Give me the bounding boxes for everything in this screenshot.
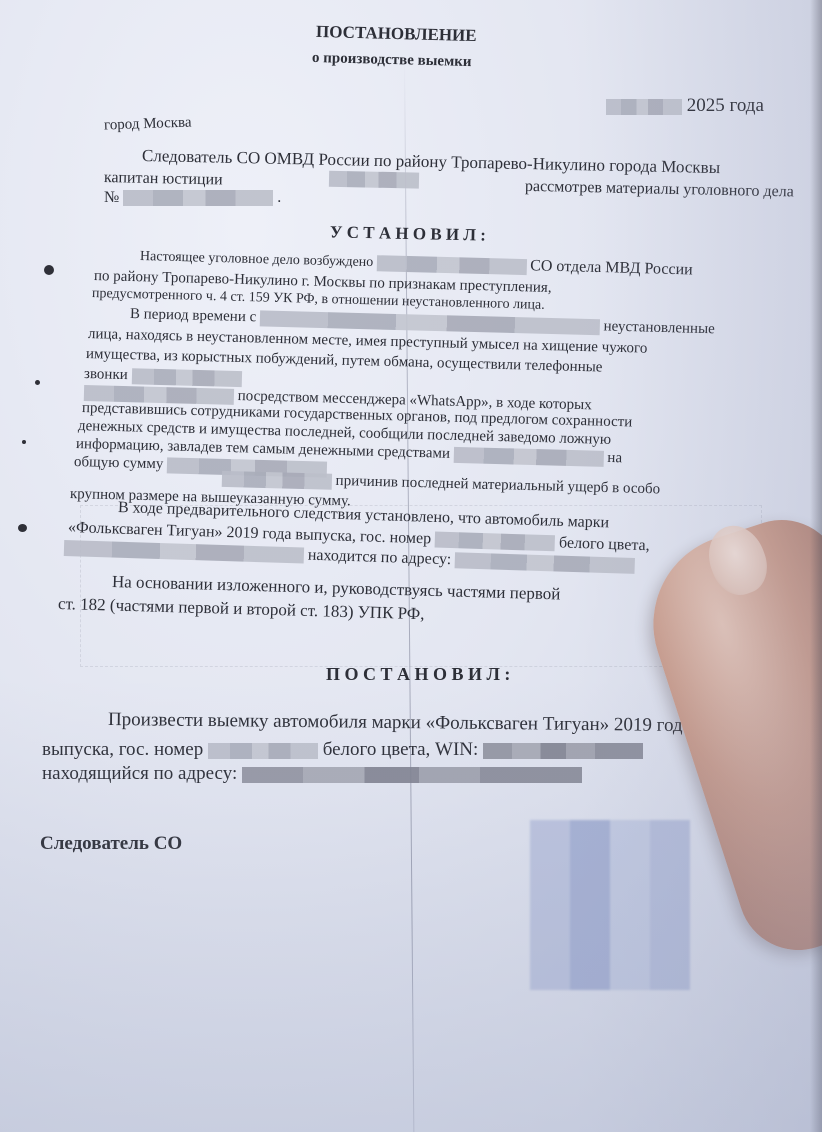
binding-hole — [35, 380, 40, 385]
signature-label: Следователь СО — [40, 834, 182, 854]
redacted-amount-2 — [222, 470, 332, 489]
s2-text: находящийся по адресу: — [42, 763, 237, 784]
case-number-label: № — [104, 189, 119, 206]
date-line: 2025 года — [606, 96, 764, 116]
redacted-name — [329, 171, 419, 189]
binding-hole — [22, 440, 26, 444]
s1-text: причинив последней материальный ущерб в … — [335, 473, 660, 497]
redacted-signature — [530, 820, 690, 990]
s1-text: неустановленные — [603, 318, 715, 337]
redacted-vin-2 — [483, 743, 643, 759]
s1-text: звонки — [84, 366, 128, 383]
s1-text: СО отдела МВД России — [530, 257, 693, 278]
binding-hole — [44, 265, 54, 275]
section-established-heading: У С Т А Н О В И Л : — [330, 222, 486, 245]
document-subtitle: о производстве выемки — [312, 48, 472, 72]
s1-text: на — [607, 450, 622, 466]
s2-line-1: Произвести выемку автомобиля марки «Фоль… — [108, 710, 691, 736]
s2-text: выпуска, гос. номер — [42, 739, 203, 760]
s2-text: белого цвета, WIN: — [323, 739, 479, 760]
redacted-date-initiated — [377, 255, 527, 275]
intro-line-3: № . — [104, 188, 281, 208]
s1-text: белого цвета, — [559, 534, 650, 554]
redacted-vin — [64, 540, 304, 564]
s1-text: В период времени с — [130, 306, 257, 325]
document-photo: ПОСТАНОВЛЕНИЕ о производстве выемки 2025… — [0, 0, 822, 1132]
document-title: ПОСТАНОВЛЕНИЕ — [316, 22, 477, 46]
intro-review: рассмотрев материалы уголовного дела — [525, 177, 794, 203]
binding-hole — [18, 524, 27, 532]
redacted-address-2 — [242, 767, 582, 783]
redacted-address — [455, 553, 635, 575]
s1-text: Настоящее уголовное дело возбуждено — [140, 249, 374, 270]
redacted-date — [606, 99, 682, 115]
redacted-case-number — [123, 190, 273, 206]
redacted-plate-2 — [208, 743, 318, 759]
date-year: 2025 года — [687, 95, 764, 116]
section-resolved-heading: П О С Т А Н О В И Л : — [326, 664, 510, 684]
city: город Москва — [104, 112, 192, 135]
edge-shadow — [810, 0, 822, 1132]
s2-line-2: выпуска, гос. номер белого цвета, WIN: — [42, 740, 643, 760]
s2-line-3: находящийся по адресу: — [42, 764, 582, 784]
redacted-plate — [435, 532, 555, 552]
redacted-amount-source — [453, 446, 603, 466]
period: . — [277, 189, 281, 206]
s1-text: находится по адресу: — [308, 547, 452, 568]
